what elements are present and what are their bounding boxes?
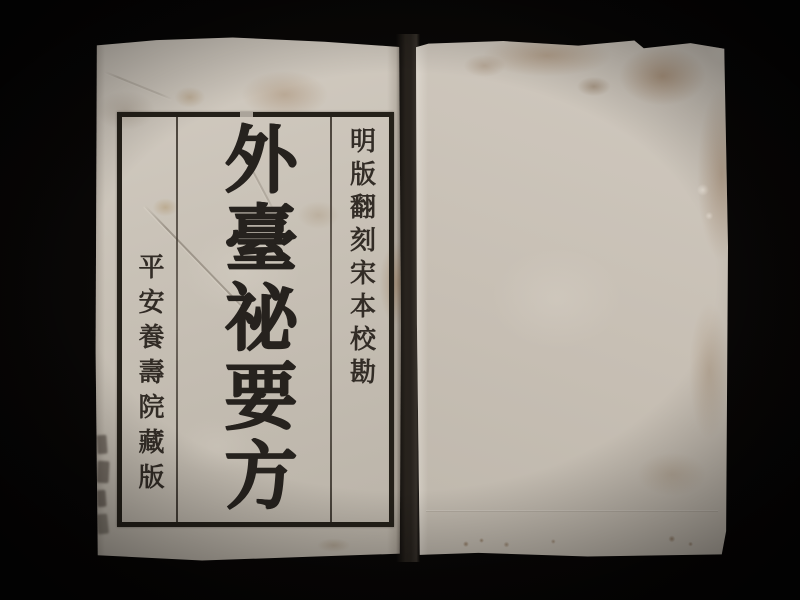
ink-smudge: [96, 490, 106, 508]
edition-note-column: 明版翻刻宋本校勘: [332, 127, 389, 514]
publisher-colophon: 平安養壽院藏版: [136, 253, 162, 514]
spine-inscription-remnant: [97, 435, 111, 560]
book-title-column: 外臺祕要方: [178, 121, 330, 518]
edition-note: 明版翻刻宋本校勘: [348, 127, 374, 514]
ink-smudge: [96, 461, 109, 484]
book-title: 外臺祕要方: [218, 121, 291, 518]
ink-smudge: [96, 513, 109, 534]
right-page-blank: [416, 40, 728, 557]
photo-background: 外臺祕要方 明版翻刻宋本校勘 平安養壽院藏版: [0, 0, 800, 600]
ink-smudge: [96, 435, 107, 455]
left-page: 外臺祕要方 明版翻刻宋本校勘 平安養壽院藏版: [95, 37, 401, 561]
frame-wear-gap: [240, 112, 253, 117]
paper-crease: [105, 71, 172, 99]
paper-fold-line: [426, 510, 718, 512]
title-frame-border: 外臺祕要方 明版翻刻宋本校勘 平安養壽院藏版: [117, 112, 394, 527]
publisher-colophon-column: 平安養壽院藏版: [122, 253, 176, 514]
